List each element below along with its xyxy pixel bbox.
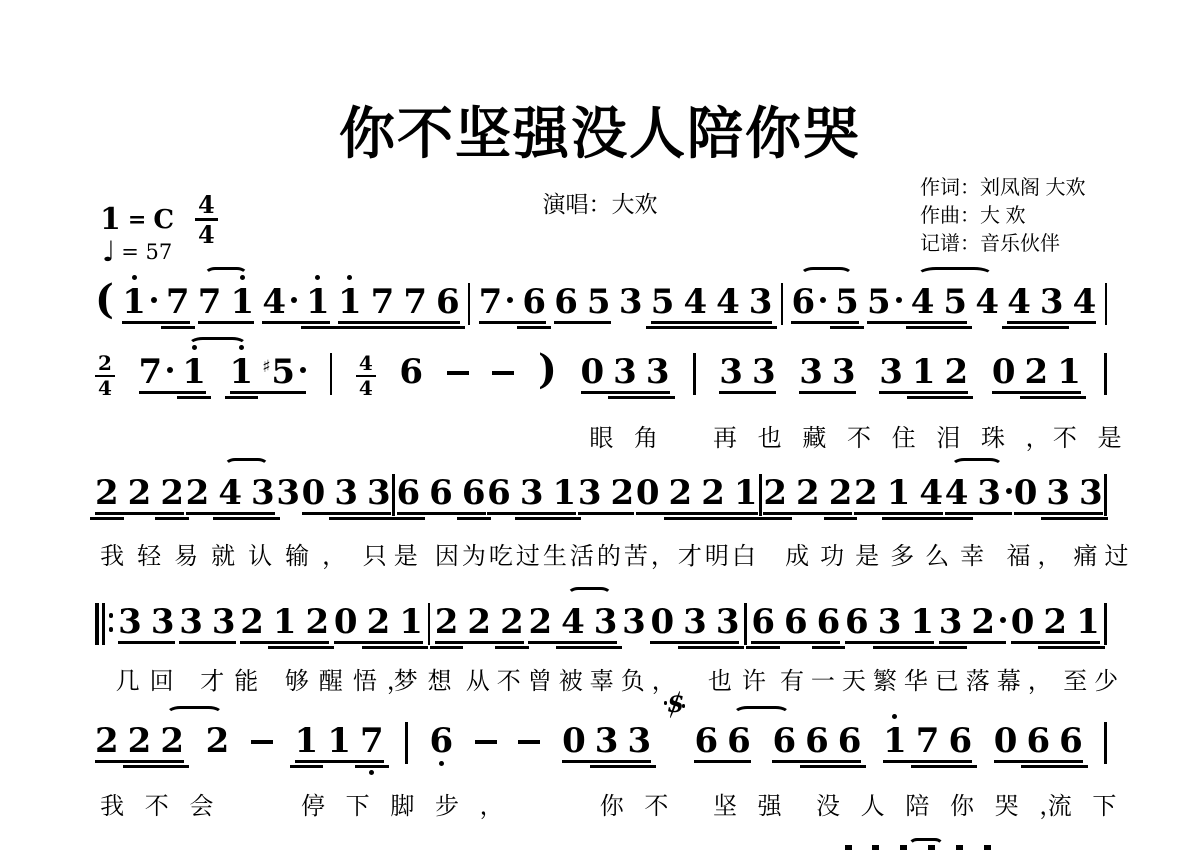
jianpu-note: 6 (487, 476, 511, 510)
note-digit: 4 (911, 285, 935, 319)
sixteenth-beam (911, 765, 945, 768)
note-digit: 0 (562, 724, 586, 758)
rest-note: 0 (994, 724, 1018, 758)
sixteenth-beam (907, 396, 941, 399)
note-digit: 7 (479, 285, 503, 319)
jianpu-note: 7 (403, 285, 427, 319)
jianpu-note: 6 (817, 605, 841, 639)
jianpu-note: 6 (805, 724, 829, 758)
note-digit: 6 (784, 605, 808, 639)
jianpu-note: 3 (1079, 476, 1103, 510)
repeat-dots (108, 603, 114, 645)
jianpu-note: 2 (306, 605, 330, 639)
note-digit: 3 (719, 355, 743, 389)
sixteenth-beam (906, 326, 940, 329)
jianpu-note: 4 (919, 476, 943, 510)
jianpu-note: 5 (651, 285, 675, 319)
cutoff-note-tops (845, 845, 852, 850)
note-digit: 1 (912, 355, 936, 389)
sharp-icon: ♯ (262, 357, 270, 377)
beam-group: 666 (397, 476, 486, 522)
jianpu-note: 4 (975, 285, 999, 319)
note-digit: 3 (627, 724, 651, 758)
sixteenth-beam (90, 517, 124, 520)
jianpu-note: 1 (883, 724, 907, 758)
note-digit: 3 (520, 476, 544, 510)
note-digit: 6 (817, 605, 841, 639)
segno-icon: S (665, 691, 685, 719)
duration-dot (896, 297, 902, 303)
score-line: 3333212021222243303366663132021 (95, 605, 1107, 651)
jianpu-note: 2 (240, 605, 264, 639)
jianpu-note: 4 (683, 285, 707, 319)
jianpu-note: 2 (467, 605, 491, 639)
barline (428, 603, 431, 645)
time-signature: 24 (95, 353, 115, 399)
slur-arc (567, 587, 612, 603)
note-digit: 2 (186, 476, 210, 510)
high-octave-dot (347, 275, 352, 280)
jianpu-note: 2 (763, 476, 787, 510)
note-digit: 6 (791, 285, 815, 319)
beam-group: 033 (581, 355, 670, 401)
lyric-segment: 梦想 (394, 661, 462, 696)
jianpu-note: 1 (122, 285, 157, 319)
jianpu-note: 2 (528, 605, 552, 639)
sixteenth-beam (882, 517, 916, 520)
slur-arc (188, 337, 247, 353)
jianpu-note: 6 (694, 724, 718, 758)
beam-group: 65 (554, 285, 610, 331)
score-measures: (1771411776766535443655454434 (95, 285, 1107, 331)
sixteenth-beam (1071, 646, 1105, 649)
jianpu-note: 3 (1046, 476, 1070, 510)
duration-dot (1006, 488, 1012, 494)
barline (781, 283, 784, 325)
note-digit: 7 (371, 285, 395, 319)
note-digit: 5 (587, 285, 611, 319)
beam-group: 033 (302, 476, 391, 522)
jianpu-note: 1 (230, 285, 254, 319)
slur-arc (224, 458, 269, 474)
lyric-segment: 不 是 (1053, 418, 1129, 453)
jianpu-note: 2 (367, 605, 391, 639)
note-digit: 3 (179, 605, 203, 639)
note-digit: 5 (835, 285, 859, 319)
note-digit: 1 (734, 476, 758, 510)
beam-group: 631 (845, 605, 934, 651)
note-digit: 0 (636, 476, 660, 510)
note-digit: 7 (198, 285, 222, 319)
sixteenth-beam (177, 396, 211, 399)
jianpu-note: 6 (727, 724, 751, 758)
note-digit: 6 (1059, 724, 1083, 758)
jianpu-note: 1 (273, 605, 297, 639)
rest-note: 0 (334, 605, 358, 639)
sixteenth-beam (608, 396, 642, 399)
note-digit: 6 (845, 605, 869, 639)
sixteenth-beam (696, 517, 730, 520)
sixteenth-beam (589, 646, 623, 649)
beam-group: 43 (945, 476, 1012, 522)
jianpu-note: 3 (179, 605, 203, 639)
lyric-segment: 只是 (363, 536, 425, 571)
rest-note: 0 (636, 476, 660, 510)
jianpu-note: 2 (611, 476, 635, 510)
slur-arc (800, 267, 853, 283)
duration-dot (167, 367, 173, 373)
sixteenth-beam (268, 646, 302, 649)
lyrics-line: 我轻易就认输，只是因为吃过生活的苦，才明白成功是多么幸福，痛过 (95, 536, 1125, 568)
sixteenth-beam (161, 326, 195, 329)
jianpu-note: 2 (206, 724, 230, 758)
barline (1104, 603, 1107, 645)
beam-group: 71 (139, 355, 206, 401)
note-digit: 6 (399, 355, 423, 389)
repeat-thick-bar (95, 603, 99, 645)
sixteenth-beam (123, 765, 157, 768)
note-digit: 3 (613, 355, 637, 389)
barline (1104, 722, 1107, 764)
sixteenth-beam (758, 517, 792, 520)
sixteenth-beam (934, 646, 968, 649)
note-digit: 4 (1073, 285, 1097, 319)
repeat-thin-bar (102, 603, 105, 645)
jianpu-note: 1 (912, 355, 936, 389)
note-digit: 4 (975, 285, 999, 319)
jianpu-note: 2 (971, 605, 1006, 639)
sixteenth-beam (746, 646, 780, 649)
sixteenth-beam (301, 646, 335, 649)
jianpu-note: 4 (218, 476, 242, 510)
rest-note: 0 (302, 476, 326, 510)
beam-group: 243 (186, 476, 275, 522)
note-digit: 1 (887, 476, 911, 510)
jianpu-note: 3 (627, 724, 651, 758)
note-digit: 6 (694, 724, 718, 758)
jianpu-note: 3 (1040, 285, 1064, 319)
jianpu-note: 1 (327, 724, 351, 758)
key-scale-degree: 1 (100, 202, 121, 237)
lyric-segment: 流 下 (1048, 786, 1124, 821)
jianpu-note: 1 (734, 476, 758, 510)
note-digit: 2 (95, 724, 119, 758)
jianpu-note: 6 (845, 605, 869, 639)
note-digit: 1 (1057, 355, 1081, 389)
duration-dot (151, 297, 157, 303)
jianpu-note: 3 (619, 285, 643, 319)
note-digit: 3 (1079, 476, 1103, 510)
note-digit: 7 (360, 724, 384, 758)
note-digit: 4 (218, 476, 242, 510)
jianpu-note: 2 (669, 476, 693, 510)
note-digit: 6 (436, 285, 460, 319)
transcriber-credit: 记谱：音乐伙伴 (920, 230, 1086, 258)
note-digit: 1 (230, 285, 254, 319)
jianpu-note: 1 (1076, 605, 1100, 639)
note-digit: 3 (1046, 476, 1070, 510)
key-equals: = (128, 207, 146, 233)
sixteenth-beam (711, 646, 745, 649)
note-digit: 0 (302, 476, 326, 510)
jianpu-note: 6 (429, 476, 453, 510)
note-digit: 3 (939, 605, 963, 639)
meter-numerator: 4 (195, 192, 218, 221)
cutoff-note-tops (928, 845, 935, 850)
sixteenth-beam (940, 517, 974, 520)
note-digit: 3 (212, 605, 236, 639)
duration-dot (300, 367, 306, 373)
lyric-segment: 几回 才能 够醒悟， (116, 661, 421, 696)
beam-group: 021 (992, 355, 1081, 401)
tempo-marking: ♩ = 57 (102, 238, 172, 266)
jianpu-note: 6 (522, 285, 546, 319)
note-digit: 2 (206, 724, 230, 758)
jianpu-note: 7 (360, 724, 384, 758)
duration-dot (507, 297, 513, 303)
note-digit: 4 (262, 285, 286, 319)
jianpu-note: ♯5 (262, 355, 306, 389)
jianpu-note: 3 (578, 476, 602, 510)
jianpu-note: 3 (832, 355, 856, 389)
barline (468, 283, 471, 325)
lyric-segment: 没 人 陪 你 哭 ， (816, 786, 1070, 821)
note-digit: 5 (651, 285, 675, 319)
repeat-dot (109, 627, 114, 632)
score-line: 24711♯5446)0333333312021 (95, 355, 1107, 401)
jianpu-note: 1 (306, 285, 330, 319)
jianpu-note: 3 (749, 285, 773, 319)
high-octave-dot (132, 275, 137, 280)
note-digit: 6 (462, 476, 486, 510)
beam-group: 32 (939, 605, 1006, 651)
sixteenth-beam (800, 765, 834, 768)
lyric-segment: 我轻易就认输， (100, 536, 359, 571)
note-digit: 3 (594, 605, 618, 639)
duration-dash (492, 371, 514, 375)
jianpu-note: 2 (1043, 605, 1067, 639)
note-digit: 3 (683, 605, 707, 639)
song-title: 你不坚强没人陪你哭 (0, 90, 1200, 170)
cutoff-note-tops (872, 845, 879, 850)
jianpu-note: 4 (1073, 285, 1097, 319)
cutoff-note-tops (984, 845, 991, 850)
jianpu-note: 2 (701, 476, 725, 510)
note-digit: 6 (397, 476, 421, 510)
note-digit: 7 (166, 285, 190, 319)
high-octave-dot (892, 714, 897, 719)
jianpu-note: 7 (166, 285, 190, 319)
beam-group: 545 (867, 285, 967, 331)
sixteenth-beam (333, 326, 367, 329)
score-line: (1771411776766535443655454434 (95, 285, 1107, 331)
jianpu-note: 2 (160, 476, 184, 510)
jianpu-note: 6 (1059, 724, 1083, 758)
jianpu-note: 1 (1057, 355, 1081, 389)
duration-dash (447, 371, 469, 375)
segno-dot (682, 704, 686, 708)
jianpu-note: 2 (435, 605, 459, 639)
barline (1104, 474, 1107, 516)
jianpu-note: 3 (251, 476, 275, 510)
sixteenth-beam (938, 326, 972, 329)
sixteenth-beam (155, 765, 189, 768)
jianpu-note: 3 (716, 605, 740, 639)
beam-group: 33 (719, 355, 775, 401)
beam-group: 222 (95, 724, 184, 770)
jianpu-note: 3 (719, 355, 743, 389)
note-digit: 3 (595, 724, 619, 758)
note-digit: 2 (701, 476, 725, 510)
lyric-segment: 眼 角 (589, 418, 665, 453)
note-digit: 2 (160, 476, 184, 510)
rest-note: 0 (562, 724, 586, 758)
beam-group: 212 (240, 605, 329, 651)
note-digit: 4 (716, 285, 740, 319)
note-digit: 7 (139, 355, 163, 389)
beam-group: 41 (262, 285, 329, 331)
note-digit: 6 (948, 724, 972, 758)
jianpu-note: 6 (948, 724, 972, 758)
sixteenth-beam (495, 646, 529, 649)
barline (759, 474, 762, 516)
lyric-segment: 停 下 脚 步 ， (301, 786, 511, 821)
note-digit: 0 (994, 724, 1018, 758)
note-digit: 2 (669, 476, 693, 510)
barline (1105, 283, 1108, 325)
jianpu-note: 6 (399, 355, 423, 389)
jianpu-note: 7 (371, 285, 395, 319)
jianpu-note: 6 (397, 476, 421, 510)
sixteenth-beam (366, 326, 400, 329)
sixteenth-beam (744, 326, 778, 329)
note-digit: 1 (1076, 605, 1100, 639)
note-digit: 6 (727, 724, 751, 758)
beam-group: 0221 (636, 476, 758, 522)
jianpu-note: 1 (399, 605, 423, 639)
beam-group: 5443 (651, 285, 773, 331)
note-digit: 6 (1026, 724, 1050, 758)
note-digit: 6 (429, 476, 453, 510)
note-digit: 3 (151, 605, 175, 639)
beam-group: 021 (334, 605, 423, 651)
note-digit: 2 (763, 476, 787, 510)
beam-group: 021 (1011, 605, 1100, 651)
note-digit: 2 (128, 476, 152, 510)
close-paren: ) (538, 351, 557, 389)
jianpu-note: 7 (479, 285, 514, 319)
time-sig-numerator: 4 (356, 353, 376, 377)
low-octave-dot (369, 770, 374, 775)
note-digit: 1 (122, 285, 146, 319)
score-line: 222243303366663132022122221443033 (95, 476, 1107, 522)
sixteenth-beam (812, 646, 846, 649)
lyric-segment: 成功是多么幸 (785, 536, 995, 571)
jianpu-note: 3 (613, 355, 637, 389)
jianpu-note: 3 (622, 605, 646, 639)
jianpu-note: 4 (716, 285, 740, 319)
jianpu-note: 1 (182, 355, 206, 389)
beam-group: 033 (650, 605, 739, 651)
sixteenth-beam (548, 517, 582, 520)
jianpu-note: 4 (561, 605, 585, 639)
note-digit: 3 (622, 605, 646, 639)
note-digit: 0 (581, 355, 605, 389)
slur-arc (166, 706, 223, 722)
sixteenth-beam (155, 517, 189, 520)
sixteenth-beam (940, 396, 974, 399)
note-digit: 3 (752, 355, 776, 389)
rest-note: 0 (581, 355, 605, 389)
beam-group: 222 (763, 476, 852, 522)
sixteenth-beam (833, 765, 867, 768)
duration-dot (820, 297, 826, 303)
barline (744, 603, 747, 645)
note-digit: 6 (805, 724, 829, 758)
note-digit: 7 (403, 285, 427, 319)
note-digit: 1 (883, 724, 907, 758)
sixteenth-beam (556, 646, 590, 649)
cutoff-note-tops (900, 845, 907, 850)
jianpu-note: 5 (943, 285, 967, 319)
note-digit: 6 (554, 285, 578, 319)
beam-group: 66 (694, 724, 750, 770)
note-digit: 6 (487, 476, 511, 510)
lyricist-credit: 作词：刘凤阁 大欢 (920, 174, 1086, 202)
duration-dot (1000, 617, 1006, 623)
time-sig-numerator: 2 (95, 353, 115, 377)
meter-denominator: 4 (198, 221, 215, 247)
jianpu-note: 3 (334, 476, 358, 510)
sixteenth-beam (943, 765, 977, 768)
sixteenth-beam (590, 765, 624, 768)
jianpu-note: 3 (939, 605, 963, 639)
jianpu-note: 2 (829, 476, 853, 510)
jianpu-note: 1 (910, 605, 934, 639)
rest-note: 0 (1011, 605, 1035, 639)
sixteenth-beam (398, 326, 432, 329)
beam-group: 33 (799, 355, 855, 401)
slur-arc (917, 267, 993, 283)
sixteenth-beam (517, 326, 551, 329)
note-digit: 2 (128, 724, 152, 758)
jianpu-note: 6 (462, 476, 486, 510)
note-digit: 2 (435, 605, 459, 639)
jianpu-note: 3 (595, 724, 619, 758)
duration-dot (291, 297, 297, 303)
rest-note: 0 (992, 355, 1016, 389)
lyric-segment: 至少 (1063, 661, 1125, 696)
jianpu-note: 4 (911, 285, 935, 319)
lyric-segment: 痛过 (1074, 536, 1136, 571)
sixteenth-beam (1038, 646, 1072, 649)
sixteenth-beam (515, 517, 549, 520)
sixteenth-beam (1020, 396, 1054, 399)
jianpu-note: 2 (186, 476, 210, 510)
note-digit: 2 (854, 476, 878, 510)
beam-group: 76 (479, 285, 546, 331)
rest-note: 0 (650, 605, 674, 639)
sixteenth-beam (1041, 517, 1075, 520)
note-digit: 1 (910, 605, 934, 639)
note-digit: 4 (683, 285, 707, 319)
lyric-segment: 再 也 藏 不 住 泪 珠 ， (713, 418, 1057, 453)
sixteenth-beam (213, 517, 247, 520)
note-digit: 1 (338, 285, 362, 319)
note-digit: 2 (1043, 605, 1067, 639)
repeat-sign (95, 603, 114, 645)
note-digit: 3 (619, 285, 643, 319)
